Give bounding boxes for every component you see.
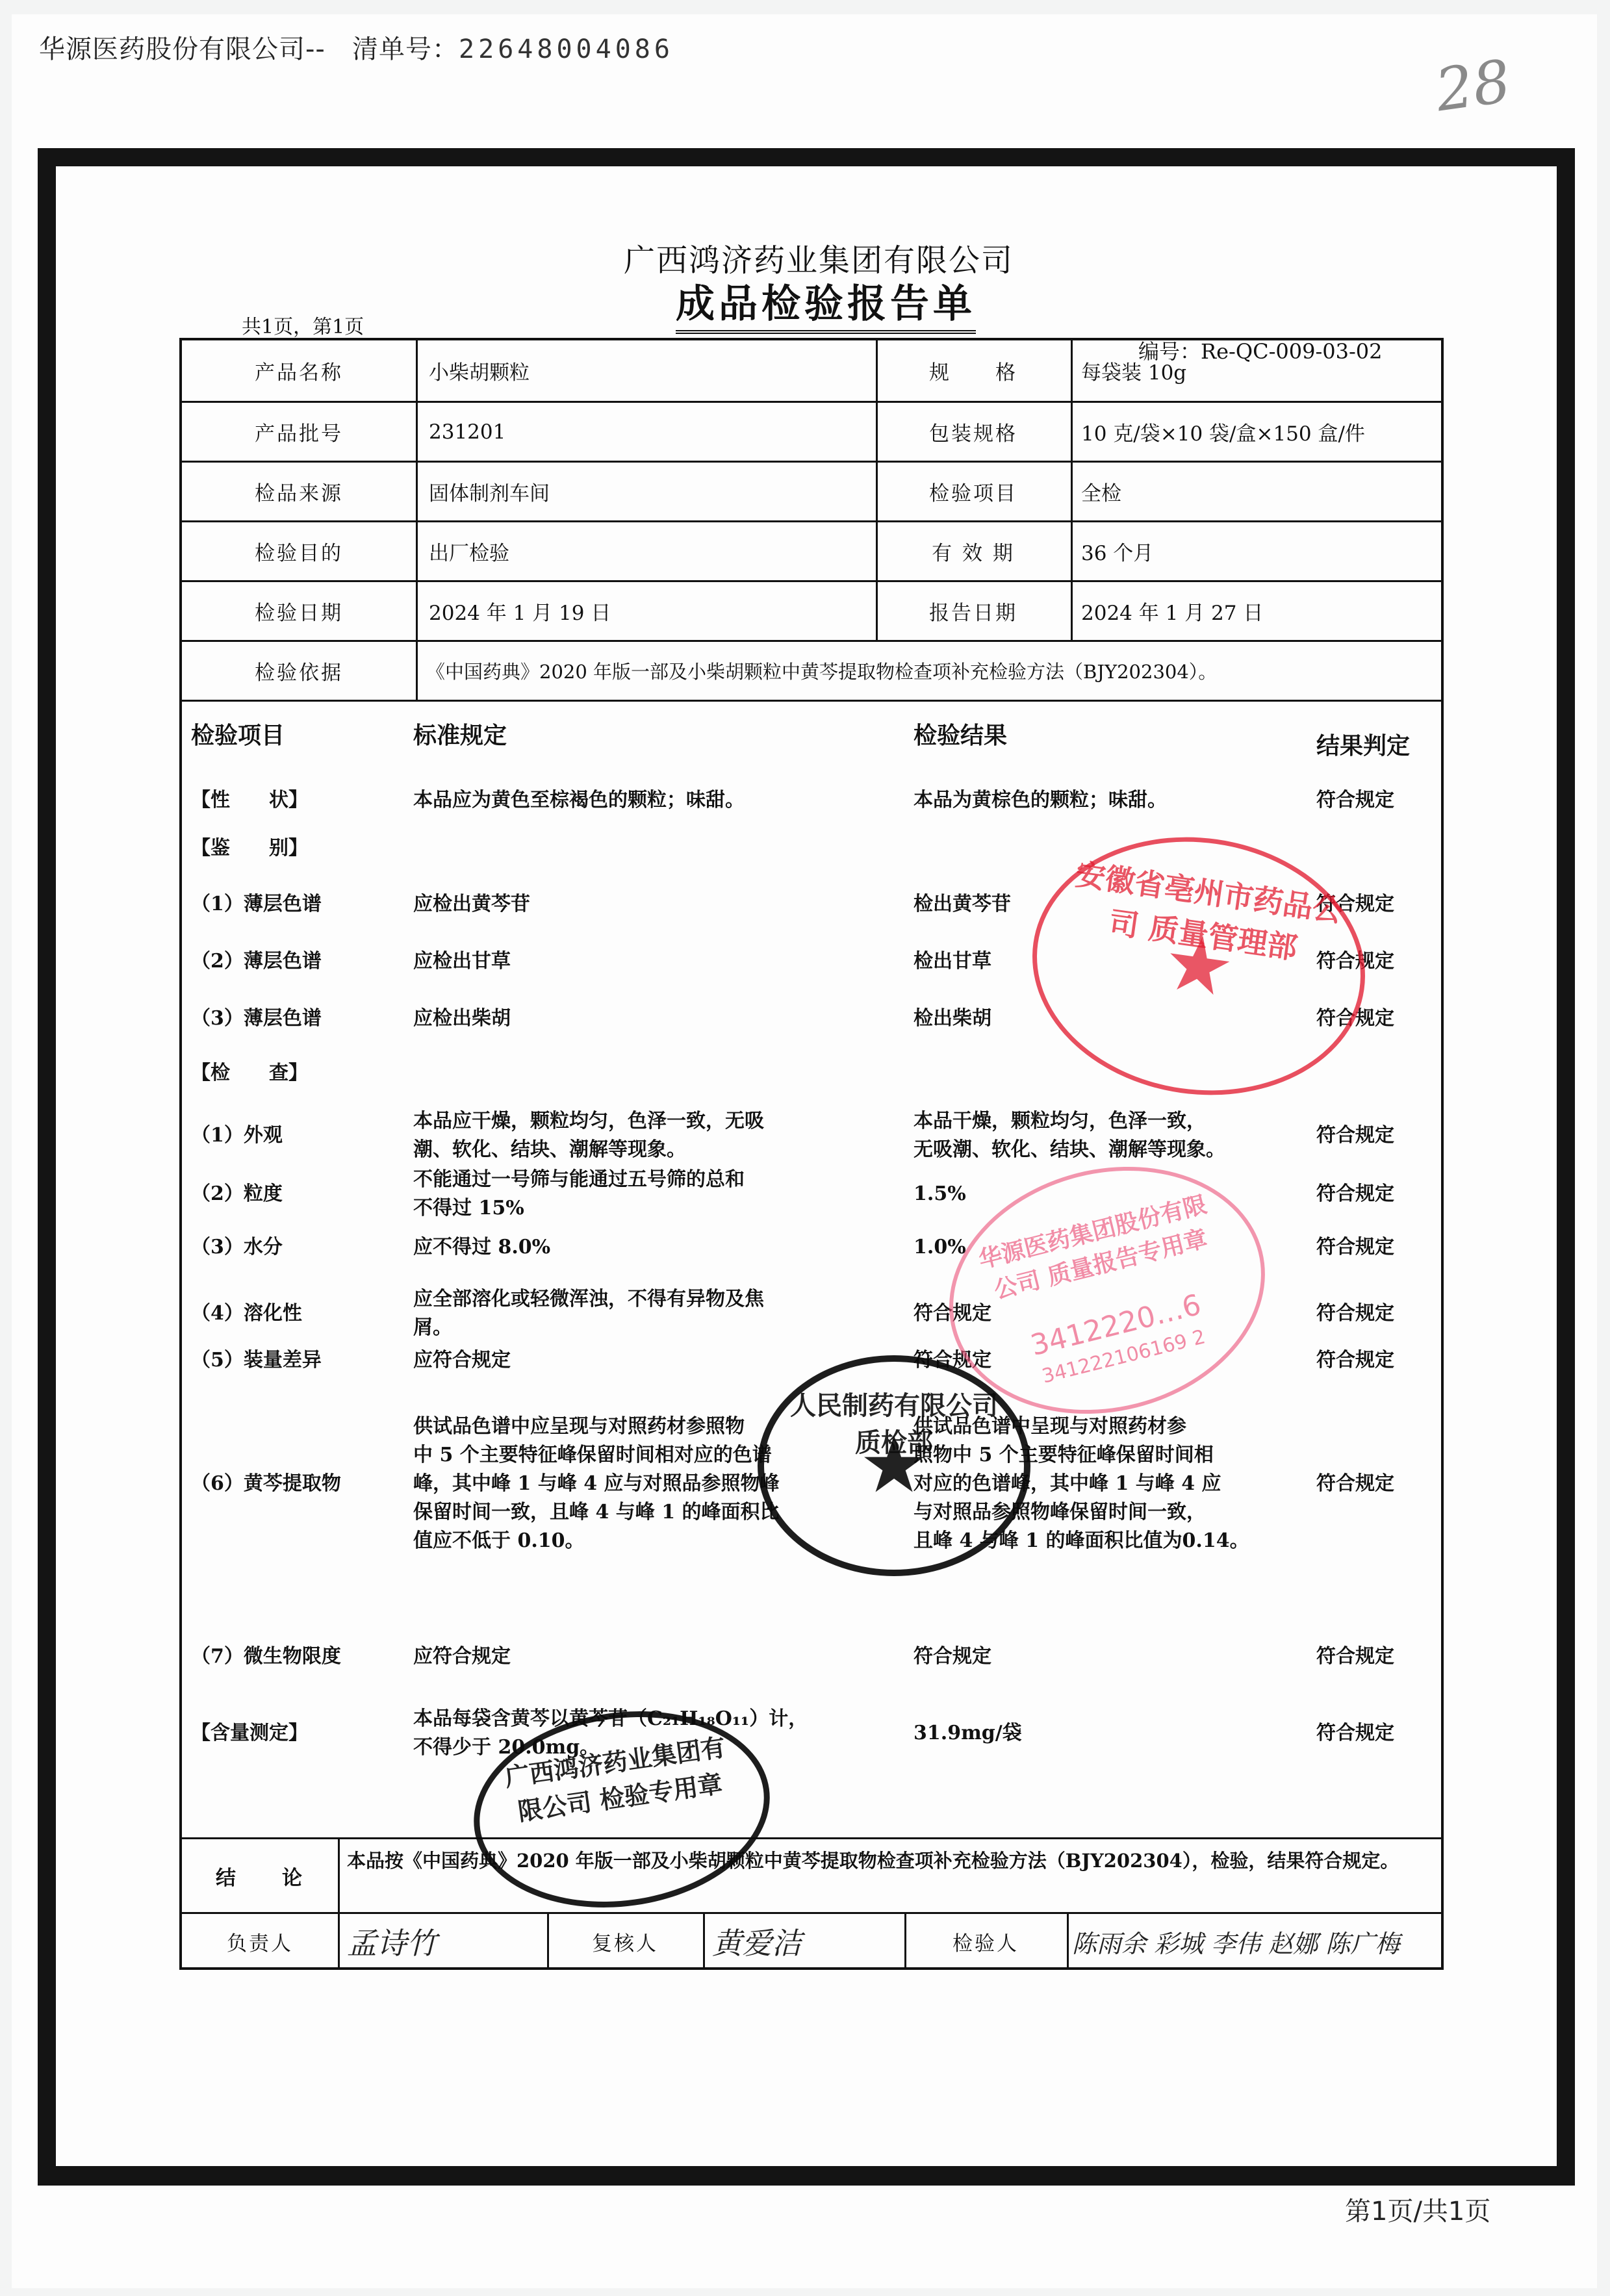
label-report-date: 报告日期: [876, 582, 1071, 640]
conclusion-label: 结 论: [182, 1839, 338, 1912]
row-result: 符合规定: [914, 1346, 991, 1375]
row-standard: 应检出甘草: [413, 947, 511, 976]
value-report-date: 2024 年 1 月 27 日: [1081, 582, 1432, 640]
row-result: 检出甘草: [914, 947, 991, 976]
row-item: （2）粒度: [191, 1180, 283, 1208]
row-verdict: 符合规定: [1316, 1233, 1394, 1262]
row-verdict: 符合规定: [1316, 890, 1394, 919]
value-purpose: 出厂检验: [429, 522, 871, 580]
row-verdict: 符合规定: [1316, 1719, 1394, 1748]
value-items: 全检: [1081, 463, 1432, 520]
label-test-date: 检验日期: [182, 582, 416, 640]
row-standard: 应符合规定: [413, 1642, 511, 1671]
row-standard: 应检出柴胡: [413, 1004, 511, 1033]
label-purpose: 检验目的: [182, 522, 416, 580]
label-batch: 产品批号: [182, 403, 416, 461]
signature-row: 负责人 孟诗竹 复核人 黄爱洁 检验人 陈雨余 彩城 李伟 赵娜 陈广梅: [182, 1913, 1441, 1970]
conclusion-text: 本品按《中国药典》2020 年版一部及小柴胡颗粒中黄芩提取物检查项补充检验方法（…: [347, 1846, 1432, 1876]
column-header: 检验项目: [191, 717, 285, 750]
row-item: （1）外观: [191, 1121, 283, 1150]
value-batch: 231201: [429, 403, 871, 461]
row-result: 检出黄芩苷: [914, 890, 1011, 919]
row-verdict: 符合规定: [1316, 1299, 1394, 1328]
row-item: 【鉴 别】: [191, 834, 308, 863]
scan-border-left: [38, 148, 56, 2184]
header-list-label: 清单号：: [352, 34, 459, 64]
value-basis: 《中国药典》2020 年版一部及小柴胡颗粒中黄芩提取物检查项补充检验方法（BJY…: [426, 642, 1440, 700]
column-header: 检验结果: [914, 717, 1007, 750]
value-expiry: 36 个月: [1081, 522, 1432, 580]
row-item: （2）薄层色谱: [191, 947, 322, 976]
row-item: （4）溶化性: [191, 1299, 302, 1328]
pencil-annotation: 28: [1431, 47, 1514, 125]
row-item: （6）黄芩提取物: [191, 1470, 341, 1498]
row-verdict: 符合规定: [1316, 1346, 1394, 1375]
row-standard: 应全部溶化或轻微浑浊，不得有异物及焦屑。: [413, 1285, 764, 1342]
document-title: 成品检验报告单: [676, 273, 976, 334]
reviewer-label: 复核人: [547, 1913, 703, 1970]
row-standard: 供试品色谱中应呈现与对照药材参照物中 5 个主要特征峰保留时间相对应的色谱峰，其…: [413, 1412, 780, 1555]
row-standard: 本品应为黄色至棕褐色的颗粒；味甜。: [413, 786, 745, 815]
row-result: 1.0%: [914, 1233, 966, 1262]
row-item: （3）薄层色谱: [191, 1004, 322, 1033]
header-list-number: 22648004086: [459, 34, 674, 64]
row-standard: 本品每袋含黄芩以黄芩苷（C₂₁H₁₈O₁₁）计，不得少于 20.0mg。: [413, 1705, 808, 1762]
column-header: 结果判定: [1316, 728, 1410, 761]
info-row: 产品名称 小柴胡颗粒 规 格 每袋装 10g: [182, 340, 1441, 403]
row-verdict: 符合规定: [1316, 1642, 1394, 1671]
row-verdict: 符合规定: [1316, 786, 1394, 815]
row-result: 检出柴胡: [914, 1004, 991, 1033]
reviewer-signature: 黄爱洁: [712, 1913, 907, 1970]
page-indicator: 第1页/共1页: [1345, 2191, 1490, 2228]
page-count: 共1页，第1页: [242, 311, 364, 339]
label-basis: 检验依据: [182, 642, 416, 700]
inspector-label: 检验人: [904, 1913, 1067, 1970]
responsible-signature: 孟诗竹: [347, 1913, 542, 1970]
row-verdict: 符合规定: [1316, 1121, 1394, 1150]
row-item: （7）微生物限度: [191, 1642, 341, 1671]
row-item: （3）水分: [191, 1233, 283, 1262]
row-result: 符合规定: [914, 1642, 991, 1671]
row-result: 31.9mg/袋: [914, 1719, 1022, 1748]
info-row-basis: 检验依据 《中国药典》2020 年版一部及小柴胡颗粒中黄芩提取物检查项补充检验方…: [182, 642, 1441, 702]
label-product-name: 产品名称: [182, 340, 416, 401]
value-source: 固体制剂车间: [429, 463, 871, 520]
scan-border-bottom: [38, 2166, 1575, 2186]
row-result: 1.5%: [914, 1180, 966, 1208]
header-company: 华源医药股份有限公司--: [39, 34, 326, 64]
info-row: 检品来源 固体制剂车间 检验项目 全检: [182, 463, 1441, 522]
label-spec: 规 格: [876, 340, 1071, 401]
row-standard: 应不得过 8.0%: [413, 1233, 550, 1262]
scan-border-right: [1557, 148, 1575, 2184]
value-spec: 每袋装 10g: [1081, 340, 1432, 401]
row-item: （1）薄层色谱: [191, 890, 322, 919]
responsible-label: 负责人: [182, 1913, 338, 1970]
scan-border-top: [38, 148, 1575, 166]
label-package: 包装规格: [876, 403, 1071, 461]
row-result: 本品为黄棕色的颗粒；味甜。: [914, 786, 1167, 815]
row-item: （5）装量差异: [191, 1346, 322, 1375]
row-result: 供试品色谱中呈现与对照药材参照物中 5 个主要特征峰保留时间相对应的色谱峰，其中…: [914, 1412, 1249, 1555]
row-item: 【含量测定】: [191, 1719, 308, 1748]
info-row: 检验日期 2024 年 1 月 19 日 报告日期 2024 年 1 月 27 …: [182, 582, 1441, 642]
info-row: 产品批号 231201 包装规格 10 克/袋×10 袋/盒×150 盒/件: [182, 403, 1441, 463]
row-item: 【性 状】: [191, 786, 308, 815]
value-test-date: 2024 年 1 月 19 日: [429, 582, 871, 640]
inspector-signatures: 陈雨余 彩城 李伟 赵娜 陈广梅: [1072, 1913, 1442, 1970]
column-header: 标准规定: [413, 717, 507, 750]
label-source: 检品来源: [182, 463, 416, 520]
row-result: 符合规定: [914, 1299, 991, 1328]
value-package: 10 克/袋×10 袋/盒×150 盒/件: [1081, 403, 1445, 461]
label-expiry: 有 效 期: [876, 522, 1071, 580]
row-standard: 不能通过一号筛与能通过五号筛的总和不得过 15%: [413, 1166, 745, 1223]
row-verdict: 符合规定: [1316, 1470, 1394, 1498]
row-verdict: 符合规定: [1316, 1004, 1394, 1033]
report-form: 产品名称 小柴胡颗粒 规 格 每袋装 10g 产品批号 231201 包装规格 …: [179, 338, 1444, 1970]
info-row: 检验目的 出厂检验 有 效 期 36 个月: [182, 522, 1441, 582]
row-standard: 应检出黄芩苷: [413, 890, 530, 919]
conclusion-row: 结 论 本品按《中国药典》2020 年版一部及小柴胡颗粒中黄芩提取物检查项补充检…: [182, 1837, 1441, 1914]
row-standard: 应符合规定: [413, 1346, 511, 1375]
row-verdict: 符合规定: [1316, 947, 1394, 976]
list-header: 华源医药股份有限公司-- 清单号：22648004086: [39, 29, 674, 66]
row-standard: 本品应干燥，颗粒均匀，色泽一致，无吸潮、软化、结块、潮解等现象。: [413, 1107, 764, 1164]
row-verdict: 符合规定: [1316, 1180, 1394, 1208]
row-result: 本品干燥，颗粒均匀，色泽一致，无吸潮、软化、结块、潮解等现象。: [914, 1107, 1225, 1164]
row-item: 【检 查】: [191, 1059, 308, 1088]
label-items: 检验项目: [876, 463, 1071, 520]
